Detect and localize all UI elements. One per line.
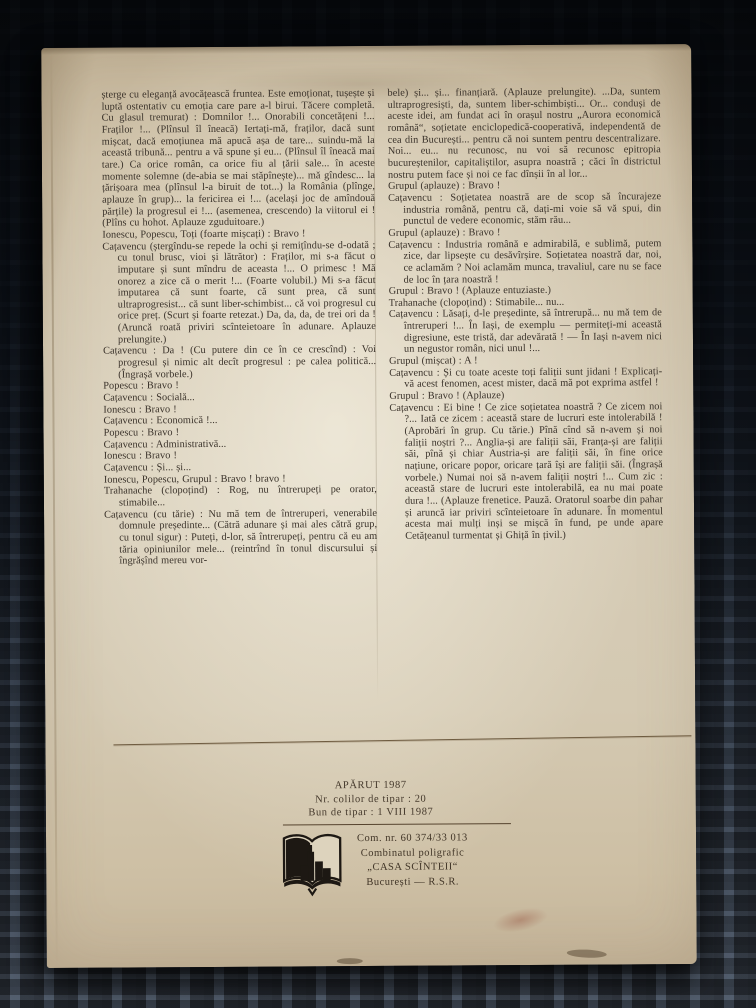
open-book-publisher-logo-icon [281,832,343,898]
imprint-printer-house: „CASA SCÎNTEII“ [357,860,468,875]
play-paragraph: Cațavencu : Da ! (Cu putere din ce în ce… [103,344,376,381]
printer-imprint: Com. nr. 60 374/33 013 Combinatul poligr… [281,831,468,898]
play-paragraph: Trahanache (clopoțind) : Rog, nu întreru… [104,484,377,509]
text-column-right: bele) și... și... finanțiară. (Aplauze p… [387,86,663,566]
paper-tear-mark [567,949,607,959]
paper-tear-mark [337,958,363,964]
imprint-printer-name: Combinatul poligrafic [357,846,468,861]
photo-of-book-on-fabric: { "meta": { "description_domain": "photo… [0,0,756,1008]
text-column-left: șterge cu eleganță avocățească fruntea. … [101,88,377,568]
play-paragraph: Cațavencu (cu tărie) : Nu mă tem de într… [104,508,377,568]
play-paragraph: Cațavencu (ștergîndu-se repede la ochi ș… [102,239,376,346]
play-paragraph: șterge cu eleganță avocățească fruntea. … [101,88,375,230]
imprint-divider-rule [283,823,511,825]
play-paragraph: Cațavencu : Soțietatea noastră are de sc… [388,191,661,228]
colophon-divider-rule [113,735,691,745]
red-ink-smudge [491,903,550,936]
play-paragraph: Cațavencu : Și cu toate aceste toți fali… [389,366,662,391]
play-paragraph: bele) și... și... finanțiară. (Aplauze p… [387,86,661,181]
play-paragraph: Cațavencu : Industria română e admirabil… [388,238,661,286]
play-paragraph: Cațavencu : Ei bine ! Ce zice soțietatea… [389,401,663,543]
play-text: șterge cu eleganță avocățească fruntea. … [101,86,664,567]
imprint-city: București — R.S.R. [357,875,468,890]
colophon-printdate-line: Bun de tipar : 1 VIII 1987 [46,804,696,821]
book-page: șterge cu eleganță avocățească fruntea. … [41,44,697,968]
play-paragraph: Cațavencu : Lăsați, d-le președinte, să … [389,308,662,356]
imprint-text: Com. nr. 60 374/33 013 Combinatul poligr… [357,831,468,890]
imprint-order-number: Com. nr. 60 374/33 013 [357,831,468,846]
colophon: APĂRUT 1987 Nr. colilor de tipar : 20 Bu… [46,777,696,821]
